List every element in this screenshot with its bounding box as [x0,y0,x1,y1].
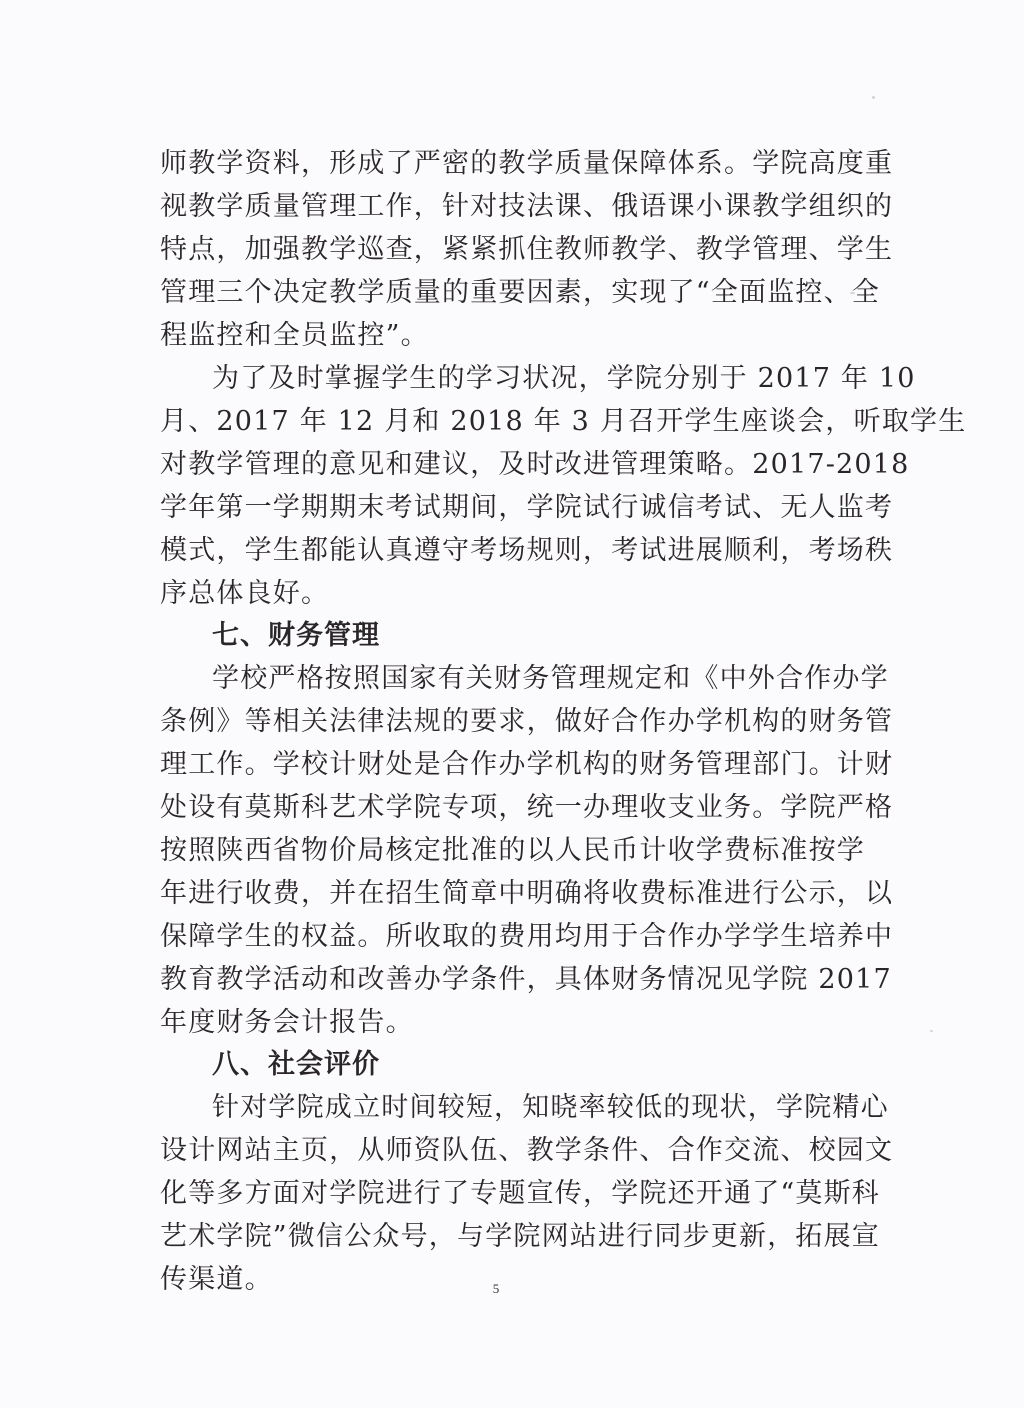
page-number: 5 [486,1281,506,1297]
paragraph-line: 保障学生的权益。所收取的费用均用于合作办学学生培养中 [160,919,828,955]
paragraph-line: 年度财务会计报告。 [160,1005,828,1041]
paragraph-line: 视教学质量管理工作，针对技法课、俄语课小课教学组织的 [160,189,828,225]
paragraph-line: 理工作。学校计财处是合作办学机构的财务管理部门。计财 [160,747,828,783]
paragraph-line: 条例》等相关法律法规的要求，做好合作办学机构的财务管 [160,704,828,740]
paragraph-line: 艺术学院”微信公众号，与学院网站进行同步更新，拓展宣 [160,1219,828,1255]
paragraph-line: 对教学管理的意见和建议，及时改进管理策略。2017-2018 [160,447,828,483]
paragraph-line: 按照陕西省物价局核定批准的以人民币计收学费标准按学 [160,833,828,869]
scan-artifact [848,205,852,207]
paragraph-line: 学校严格按照国家有关财务管理规定和《中外合作办学 [212,661,828,697]
scan-artifact [930,1030,933,1032]
paragraph-line: 程监控和全员监控”。 [160,318,828,354]
paragraph-line: 师教学资料，形成了严密的教学质量保障体系。学院高度重 [160,146,828,182]
paragraph-line: 设计网站主页，从师资队伍、教学条件、合作交流、校园文 [160,1133,828,1169]
scan-artifact [850,292,855,294]
paragraph-line: 年进行收费，并在招生简章中明确将收费标准进行公示，以 [160,876,828,912]
paragraph-line: 学年第一学期期末考试期间，学院试行诚信考试、无人监考 [160,490,828,526]
paragraph-line: 教育教学活动和改善办学条件，具体财务情况见学院 2017 [160,962,828,998]
paragraph-line: 序总体良好。 [160,576,828,612]
scan-artifact [872,96,875,99]
paragraph-line: 模式，学生都能认真遵守考场规则，考试进展顺利，考场秩 [160,533,828,569]
scan-artifact [855,235,857,238]
document-page: 师教学资料，形成了严密的教学质量保障体系。学院高度重 视教学质量管理工作，针对技… [0,0,1024,1408]
section-heading-finance: 七、财务管理 [212,618,380,654]
section-heading-social-evaluation: 八、社会评价 [212,1047,380,1083]
paragraph-line: 化等多方面对学院进行了专题宣传，学院还开通了“莫斯科 [160,1176,828,1212]
paragraph-line: 管理三个决定教学质量的重要因素，实现了“全面监控、全 [160,275,828,311]
paragraph-line: 针对学院成立时间较短，知晓率较低的现状，学院精心 [212,1090,828,1126]
paragraph-line: 为了及时掌握学生的学习状况，学院分别于 2017 年 10 [212,361,828,397]
paragraph-line: 处设有莫斯科艺术学院专项，统一办理收支业务。学院严格 [160,790,828,826]
paragraph-line: 特点，加强教学巡查，紧紧抓住教师教学、教学管理、学生 [160,232,828,268]
paragraph-line: 月、2017 年 12 月和 2018 年 3 月召开学生座谈会，听取学生 [160,404,828,440]
